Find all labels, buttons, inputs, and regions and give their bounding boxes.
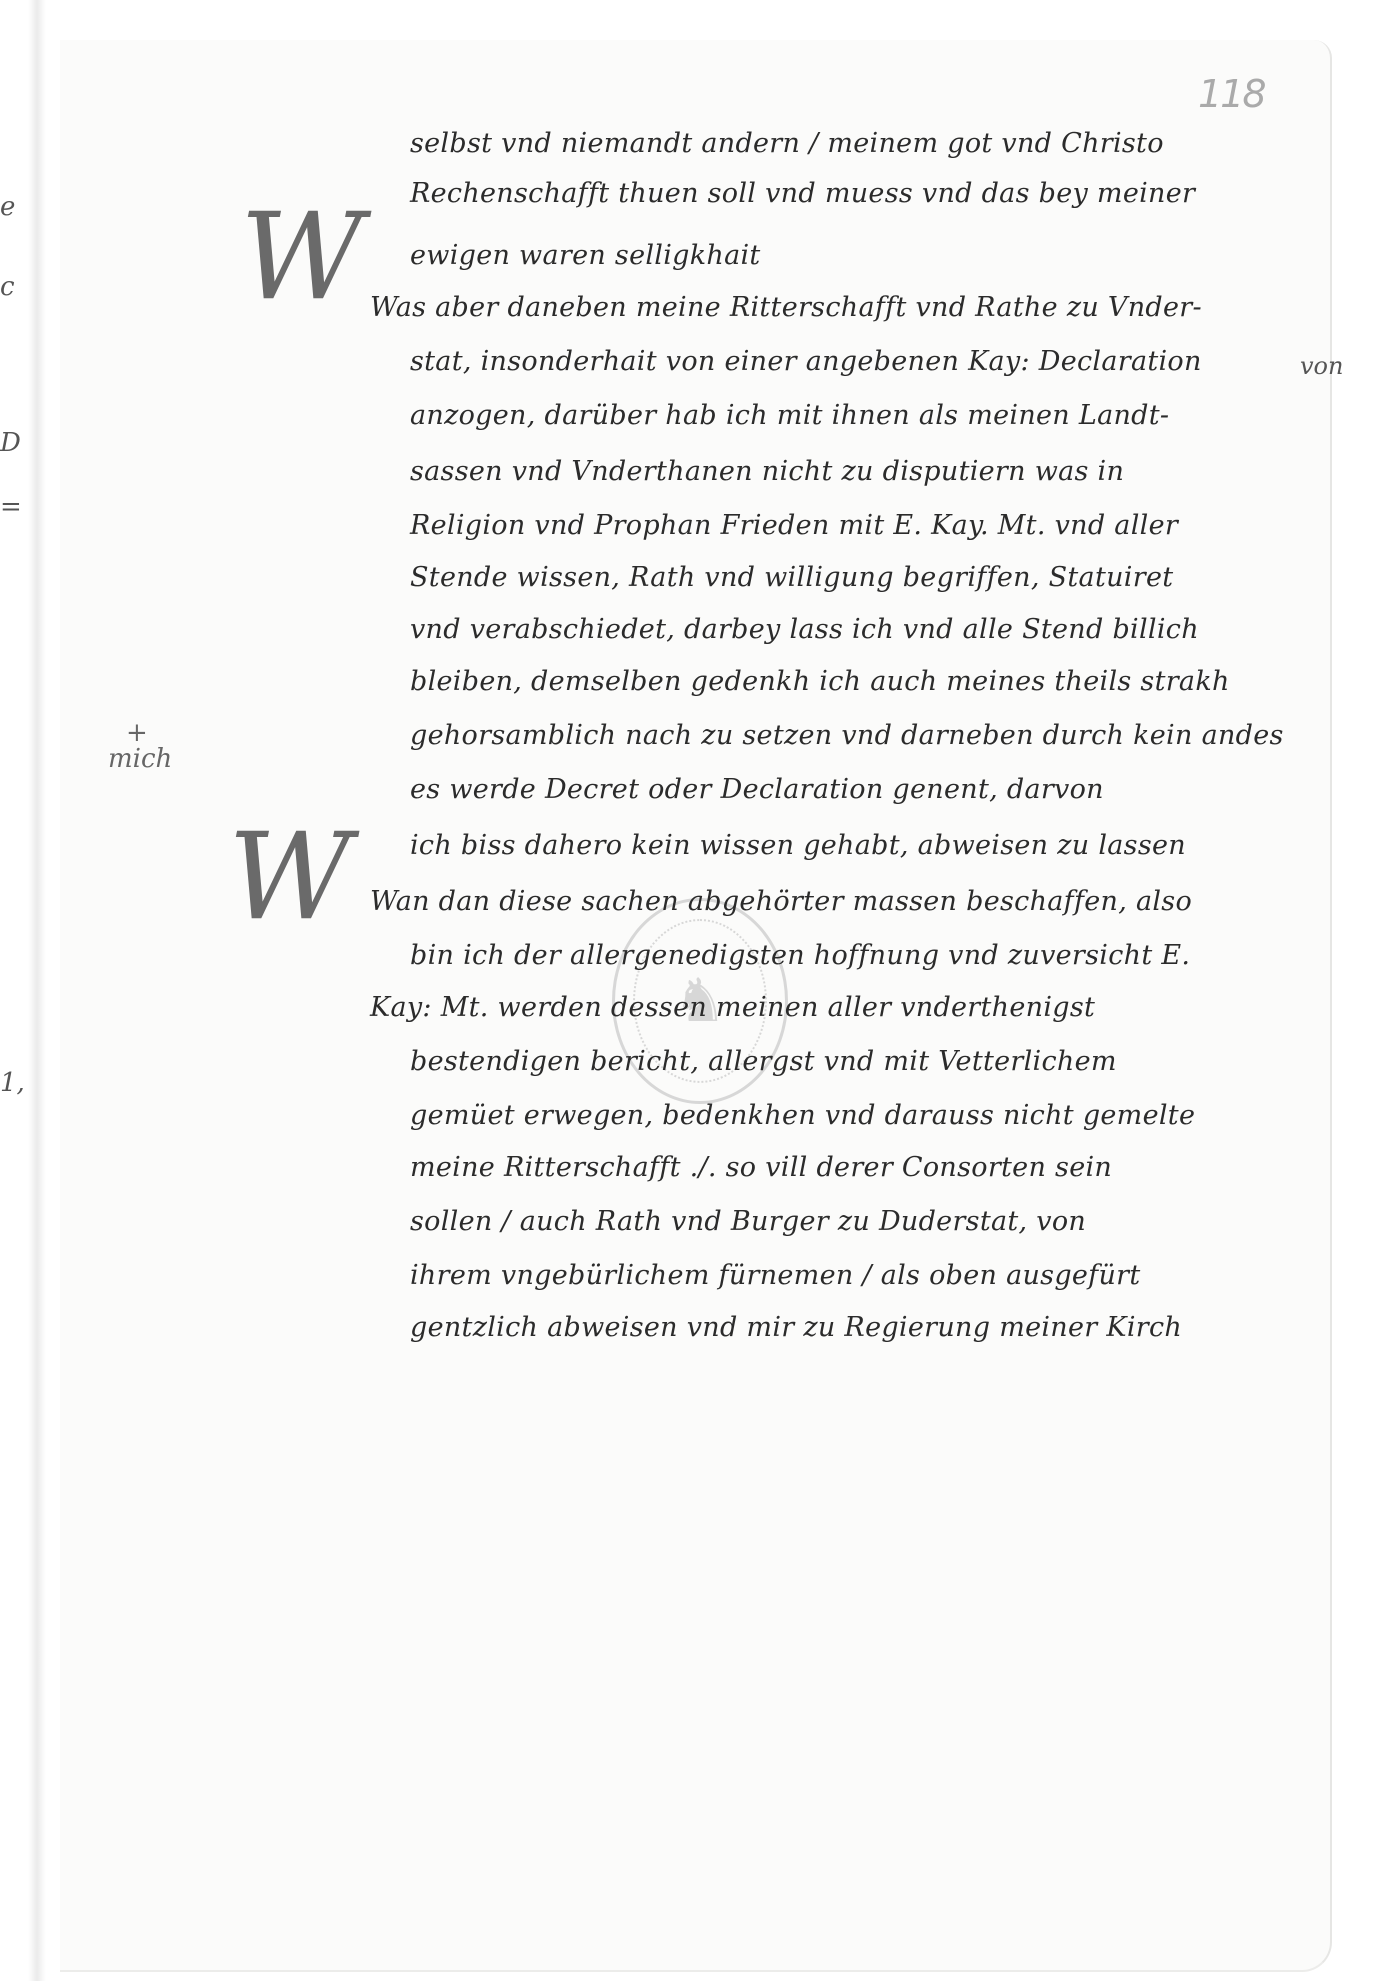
manuscript-line: Wan dan diese sachen abgehörter massen b… xyxy=(370,886,1192,917)
binding-gutter xyxy=(28,0,46,1981)
left-edge-fragment: D xyxy=(0,428,21,458)
manuscript-line: Kay: Mt. werden dessen meinen aller vnde… xyxy=(370,992,1095,1023)
manuscript-line: ich biss dahero kein wissen gehabt, abwe… xyxy=(410,830,1186,861)
manuscript-line: gemüet erwegen, bedenkhen vnd darauss ni… xyxy=(410,1100,1195,1131)
manuscript-line: vnd verabschiedet, darbey lass ich vnd a… xyxy=(410,614,1199,645)
initial-letter: W xyxy=(240,188,363,327)
manuscript-line: gehorsamblich nach zu setzen vnd darnebe… xyxy=(410,720,1284,751)
left-edge-fragment: = xyxy=(0,492,22,522)
manuscript-line: stat, insonderhait von einer angebenen K… xyxy=(410,346,1202,377)
manuscript-line: bin ich der allergenedigsten hoffnung vn… xyxy=(410,940,1190,971)
left-edge-fragment: c xyxy=(0,272,15,302)
manuscript-line: ihrem vngebürlichem fürnemen / als oben … xyxy=(410,1260,1141,1291)
manuscript-line: Rechenschafft thuen soll vnd muess vnd d… xyxy=(410,178,1195,209)
manuscript-line: Stende wissen, Rath vnd willigung begrif… xyxy=(410,562,1173,593)
folio-number: 118 xyxy=(1198,72,1265,116)
left-edge-fragment: 1, xyxy=(0,1068,25,1098)
margin-note: + mich xyxy=(108,720,172,772)
manuscript-line: gentzlich abweisen vnd mir zu Regierung … xyxy=(410,1312,1182,1343)
margin-note-text: mich xyxy=(108,746,172,772)
manuscript-line: Religion vnd Prophan Frieden mit E. Kay.… xyxy=(410,510,1178,541)
manuscript-line: sollen / auch Rath vnd Burger zu Duderst… xyxy=(410,1206,1086,1237)
right-edge-fragment: von xyxy=(1300,352,1343,380)
manuscript-line: sassen vnd Vnderthanen nicht zu disputie… xyxy=(410,456,1124,487)
initial-letter: W xyxy=(228,808,351,947)
manuscript-line: bleiben, demselben gedenkh ich auch mein… xyxy=(410,666,1230,697)
manuscript-line: Was aber daneben meine Ritterschafft vnd… xyxy=(370,292,1202,323)
manuscript-line: ewigen waren selligkhait xyxy=(410,240,761,271)
margin-note-symbol: + xyxy=(108,720,172,746)
manuscript-line: bestendigen bericht, allergst vnd mit Ve… xyxy=(410,1046,1117,1077)
manuscript-line: es werde Decret oder Declaration genent,… xyxy=(410,774,1104,805)
manuscript-line: anzogen, darüber hab ich mit ihnen als m… xyxy=(410,400,1169,431)
manuscript-line: meine Ritterschafft ./. so vill derer Co… xyxy=(410,1152,1112,1183)
manuscript-line: selbst vnd niemandt andern / meinem got … xyxy=(410,128,1164,159)
left-edge-fragment: e xyxy=(0,192,15,222)
